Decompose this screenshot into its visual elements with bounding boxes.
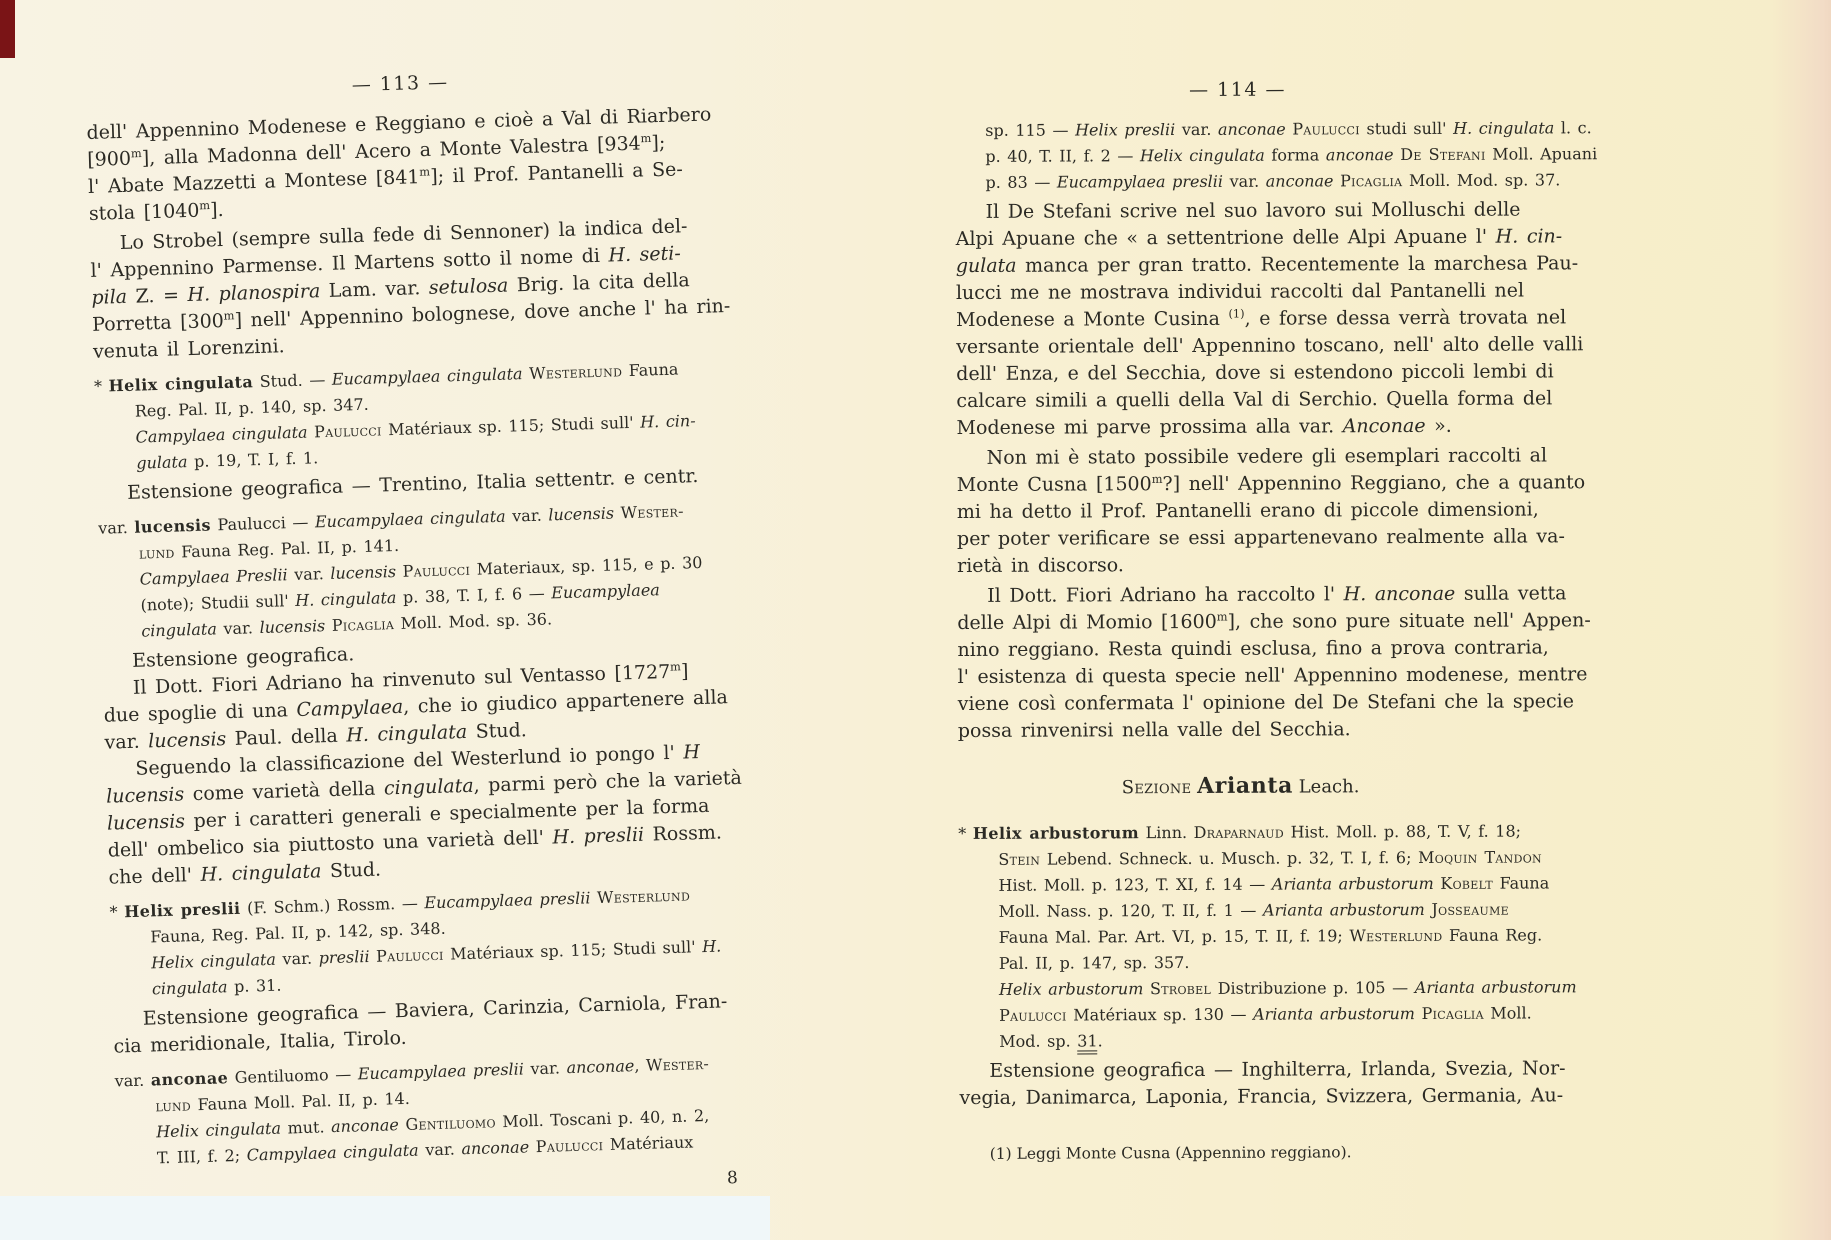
- text-segment: cingulata: [384, 775, 474, 800]
- text-segment: m: [640, 131, 651, 145]
- text-segment: Helix cingulata: [151, 950, 276, 973]
- text-segment: setulosa: [429, 275, 509, 299]
- text-segment: Picaglia: [1340, 171, 1402, 190]
- text-segment: Eucampylaea preslii: [358, 1059, 525, 1083]
- text-line: Modenese a Monte Cusina (1), e forse des…: [956, 305, 1521, 334]
- text-line: p. 40, T. II, f. 2 — Helix cingulata for…: [955, 142, 1520, 170]
- text-segment: H. anconae: [1344, 583, 1456, 605]
- text-segment: Westerlund: [1349, 926, 1442, 945]
- text-segment: Paulucci: [999, 1006, 1067, 1025]
- text-line: calcare simili a quelli della Val di Ser…: [956, 386, 1521, 415]
- text-segment: Helix preslii: [1075, 120, 1175, 139]
- text-segment: Arianta arbustorum: [1415, 977, 1577, 997]
- text-segment: Paulucci: [535, 1135, 603, 1156]
- text-segment: Paulucci: [376, 945, 444, 966]
- text-segment: preslii: [318, 947, 369, 968]
- text-line: nino reggiano. Resta quindi esclusa, fin…: [957, 635, 1522, 664]
- text-line: Fauna Mal. Par. Art. VI, p. 15, T. II, f…: [959, 923, 1524, 951]
- text-segment: Wester-: [646, 1054, 710, 1075]
- text-segment: lucensis: [548, 503, 614, 524]
- text-segment: gulata: [956, 255, 1017, 277]
- text-line: Il Dott. Fiori Adriano ha raccolto l' H.…: [957, 581, 1522, 610]
- text-segment: m: [1152, 472, 1163, 486]
- text-segment: lucensis: [259, 616, 325, 637]
- text-line: per poter verificare se essi apparteneva…: [957, 524, 1522, 553]
- text-line: mi ha detto il Prof. Pantanelli erano di…: [957, 497, 1522, 526]
- text-segment: Helix cingulata: [108, 372, 253, 395]
- text-segment: Anconae: [1343, 415, 1426, 437]
- para-strobel: Lo Strobel (sempre sulla fede di Sennone…: [89, 212, 723, 366]
- text-segment: lucensis: [148, 728, 227, 752]
- text-line: Alpi Apuane che « a settentrione delle A…: [956, 224, 1521, 253]
- text-segment: m: [419, 164, 430, 178]
- text-segment: Paulucci: [402, 560, 470, 581]
- text-line: rietà in discorso.: [957, 551, 1522, 580]
- text-segment: Strobel: [1150, 979, 1211, 998]
- text-segment: Campylaea cingulata: [246, 1141, 419, 1165]
- text-line: sp. 115 — Helix preslii var. anconae Pau…: [955, 116, 1520, 144]
- text-segment: Eucampylaea preslii: [424, 888, 591, 912]
- text-line: Pal. II, p. 147, sp. 357.: [959, 949, 1524, 977]
- page-113-text: dell' Appennino Modenese e Reggiano e ci…: [86, 101, 747, 1172]
- text-line: delle Alpi di Momio [1600m], che sono pu…: [957, 608, 1522, 637]
- text-line: p. 83 — Eucampylaea preslii var. anconae…: [955, 168, 1520, 196]
- text-segment: cingulata: [141, 619, 217, 640]
- page-114: — 114 — sp. 115 — Helix preslii var. anc…: [955, 78, 1525, 1166]
- text-segment: anconae: [331, 1115, 399, 1136]
- page-114-text: sp. 115 — Helix preslii var. anconae Pau…: [955, 116, 1525, 1166]
- scan-edge-red-mark: [0, 0, 15, 58]
- text-segment: anconae: [1218, 120, 1286, 139]
- text-line: Hist. Moll. p. 123, T. XI, f. 14 — Arian…: [958, 871, 1523, 899]
- text-segment: H. cingulata: [295, 588, 397, 610]
- text-segment: Helix cingulata: [156, 1119, 281, 1142]
- para-de-stefani: Il De Stefani scrive nel suo lavoro sui …: [956, 197, 1522, 442]
- text-segment: Campylaea cingulata: [135, 423, 308, 447]
- text-segment: m: [131, 146, 142, 160]
- text-segment: H.: [702, 937, 722, 957]
- text-segment: pila: [91, 286, 127, 309]
- text-segment: Josseaume: [1431, 900, 1509, 919]
- text-segment: Campylaea: [296, 696, 403, 721]
- text-segment: Paulucci: [314, 420, 382, 441]
- text-line: (1) Leggi Monte Cusna (Appennino reggian…: [960, 1140, 1525, 1166]
- text-line: vegia, Danimarca, Laponia, Francia, Sviz…: [959, 1083, 1524, 1112]
- text-segment: (1): [1228, 306, 1244, 320]
- text-segment: lucensis: [107, 810, 186, 834]
- text-segment: H. cingulata: [200, 860, 321, 886]
- text-line: possa rinvenirsi nella valle del Secchia…: [958, 716, 1523, 745]
- text-segment: Draparnaud: [1194, 823, 1284, 842]
- text-line: Moll. Nass. p. 120, T. II, f. 1 — Ariant…: [959, 897, 1524, 925]
- section-heading-arianta: Sezione Arianta Leach.: [958, 771, 1523, 803]
- entry-helix-preslii: * Helix preslii (F. Schm.) Rossm. — Euca…: [109, 881, 742, 1004]
- text-segment: Gentiluomo: [405, 1112, 496, 1134]
- text-segment: H: [683, 741, 700, 763]
- page-number-right: — 114 —: [955, 78, 1520, 102]
- text-segment: H. cin-: [640, 411, 696, 432]
- entry-helix-arbustorum: * Helix arbustorum Linn. Draparnaud Hist…: [958, 819, 1524, 1055]
- text-segment: Paulucci: [1292, 119, 1360, 138]
- text-line: Helix arbustorum Strobel Distribuzione p…: [959, 975, 1524, 1003]
- text-segment: H. planospira: [187, 280, 320, 306]
- text-segment: Arianta arbustorum: [1253, 1004, 1415, 1024]
- text-segment: H. cin-: [1496, 225, 1563, 247]
- text-segment: Helix cingulata: [1140, 146, 1265, 166]
- text-segment: Helix arbustorum: [999, 979, 1143, 999]
- text-line: viene così confermata l' opinione del De…: [958, 689, 1523, 718]
- text-segment: lucensis: [330, 562, 396, 583]
- text-line: Mod. sp. 31.: [959, 1027, 1524, 1055]
- para-continuation-riarbero: dell' Appennino Modenese e Reggiano e ci…: [86, 101, 719, 228]
- cite-continuation-anconae: sp. 115 — Helix preslii var. anconae Pau…: [955, 116, 1520, 196]
- text-line: gulata manca per gran tratto. Recentemen…: [956, 251, 1521, 280]
- text-segment: Arianta arbustorum: [1272, 874, 1434, 894]
- para-estensione-lucensis: Estensione geografica.Il Dott. Fiori Adr…: [102, 630, 739, 892]
- entry-helix-cingulata: * Helix cingulata Stud. — Eucampylaea ci…: [94, 355, 727, 478]
- text-line: Sezione Arianta Leach.: [958, 771, 1523, 803]
- text-line: lucci me ne mostrava individui raccolti …: [956, 278, 1521, 307]
- para-estensione-arbustorum: Estensione geografica — Inghilterra, Irl…: [959, 1056, 1524, 1112]
- text-segment: Eucampylaea preslii: [1057, 172, 1223, 192]
- text-line: Non mi è stato possibile vedere gli esem…: [957, 443, 1522, 472]
- text-line: Paulucci Matériaux sp. 130 — Arianta arb…: [959, 1001, 1524, 1029]
- text-segment: anconae: [1326, 145, 1394, 164]
- text-line: versante orientale dell' Appennino tosca…: [956, 332, 1521, 361]
- text-segment: Picaglia: [1422, 1004, 1484, 1023]
- text-segment: cingulata: [152, 977, 228, 998]
- text-segment: Westerlund: [597, 885, 691, 907]
- text-segment: anconae: [1266, 171, 1334, 190]
- text-line: l' esistenza di questa specie nell' Appe…: [958, 662, 1523, 691]
- text-segment: Moquin Tandon: [1418, 847, 1542, 867]
- text-segment: lucensis: [134, 515, 211, 536]
- text-segment: Helix arbustorum: [973, 823, 1139, 843]
- text-segment: 31: [1077, 1031, 1097, 1054]
- text-segment: H. cingulata: [1453, 118, 1554, 137]
- text-line: Stein Lebend. Schneck. u. Musch. p. 32, …: [958, 845, 1523, 873]
- para-fiori-adriano: Il Dott. Fiori Adriano ha raccolto l' H.…: [957, 581, 1523, 745]
- text-segment: m: [1217, 609, 1228, 623]
- text-segment: anconae: [566, 1056, 634, 1077]
- text-segment: Helix preslii: [124, 899, 241, 921]
- text-segment: Campylaea Preslii: [139, 565, 287, 588]
- page-edge-shadow: [1771, 0, 1831, 1240]
- text-segment: Westerlund: [529, 361, 623, 383]
- entry-var-anconae: var. anconae Gentiluomo — Eucampylaea pr…: [114, 1050, 747, 1173]
- text-segment: m: [670, 659, 681, 673]
- text-line: dell' Enza, e del Secchia, dove si esten…: [956, 359, 1521, 388]
- scan-bottom-strip: [0, 1196, 770, 1240]
- entry-var-lucensis: var. lucensis Paulucci — Eucampylaea cin…: [98, 497, 732, 646]
- text-segment: Arianta arbustorum: [1263, 900, 1425, 920]
- text-segment: m: [223, 308, 234, 322]
- text-segment: lucensis: [106, 783, 185, 807]
- text-segment: H. preslii: [552, 824, 644, 849]
- text-segment: anconae: [150, 1068, 228, 1089]
- text-segment: lund: [139, 543, 175, 563]
- text-segment: gulata: [136, 452, 188, 473]
- text-line: Estensione geografica — Inghilterra, Irl…: [959, 1056, 1524, 1085]
- text-segment: lund: [155, 1095, 191, 1115]
- text-segment: H. seti-: [608, 242, 681, 266]
- text-segment: m: [199, 198, 210, 212]
- text-segment: Kobelt: [1440, 874, 1493, 893]
- text-segment: Picaglia: [332, 614, 395, 635]
- text-line: Il De Stefani scrive nel suo lavoro sui …: [956, 197, 1521, 226]
- footnote-monte-cusna: (1) Leggi Monte Cusna (Appennino reggian…: [960, 1140, 1525, 1166]
- text-segment: Eucampylaea cingulata: [315, 507, 506, 532]
- text-segment: H. cingulata: [346, 721, 467, 747]
- text-line: Monte Cusna [1500m?] nell' Appennino Reg…: [957, 470, 1522, 499]
- para-monte-cusna: Non mi è stato possibile vedere gli esem…: [957, 443, 1523, 580]
- text-segment: Eucampylaea: [551, 580, 660, 602]
- page-113: — 113 — dell' Appennino Modenese e Reggi…: [85, 63, 748, 1206]
- book-scan-spread: — 113 — dell' Appennino Modenese e Reggi…: [0, 0, 1831, 1240]
- text-line: * Helix arbustorum Linn. Draparnaud Hist…: [958, 819, 1523, 847]
- text-segment: Sezione: [1122, 777, 1192, 798]
- text-segment: Wester-: [620, 501, 684, 522]
- text-segment: Eucampylaea cingulata: [332, 364, 523, 389]
- text-segment: Arianta: [1197, 773, 1293, 799]
- text-segment: anconae: [461, 1137, 529, 1158]
- text-line: Modenese mi parve prossima alla var. Anc…: [956, 413, 1521, 442]
- text-segment: Stein: [998, 850, 1040, 869]
- page-number-left: — 113 —: [85, 63, 715, 104]
- text-segment: De Stefani: [1400, 145, 1485, 164]
